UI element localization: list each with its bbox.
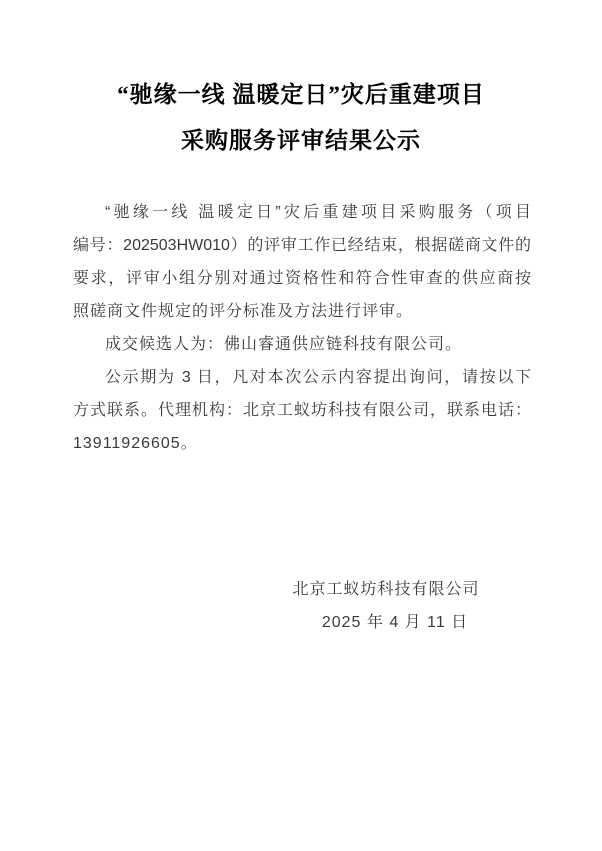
document-title: “驰缘一线 温暖定日”灾后重建项目 采购服务评审结果公示 (0, 72, 602, 164)
document-page: “驰缘一线 温暖定日”灾后重建项目 采购服务评审结果公示 “驰缘一线 温暖定日”… (0, 0, 602, 851)
body-line-1: “驰缘一线 温暖定日”灾后重建项目采购服务（项目 (73, 196, 531, 229)
title-line-2: 采购服务评审结果公示 (0, 118, 602, 164)
body-line-2: 编号：202503HW010）的评审工作已经结束，根据磋商文件的 (73, 229, 531, 262)
body-line-4: 照磋商文件规定的评分标准及方法进行评审。 (73, 295, 531, 328)
title-line-1: “驰缘一线 温暖定日”灾后重建项目 (0, 72, 602, 118)
document-body: “驰缘一线 温暖定日”灾后重建项目采购服务（项目 编号：202503HW010）… (73, 196, 531, 460)
body-line-6: 公示期为 3 日，凡对本次公示内容提出询问，请按以下 (73, 361, 531, 394)
body-line-8: 13911926605。 (73, 427, 531, 460)
body-line-7: 方式联系。代理机构：北京工蚁坊科技有限公司，联系电话： (73, 394, 531, 427)
signature-company: 北京工蚁坊科技有限公司 (236, 578, 536, 602)
body-line-3: 要求，评审小组分别对通过资格性和符合性审查的供应商按 (73, 262, 531, 295)
body-line-5: 成交候选人为：佛山睿通供应链科技有限公司。 (73, 328, 531, 361)
signature-date: 2025 年 4 月 11 日 (245, 611, 545, 635)
